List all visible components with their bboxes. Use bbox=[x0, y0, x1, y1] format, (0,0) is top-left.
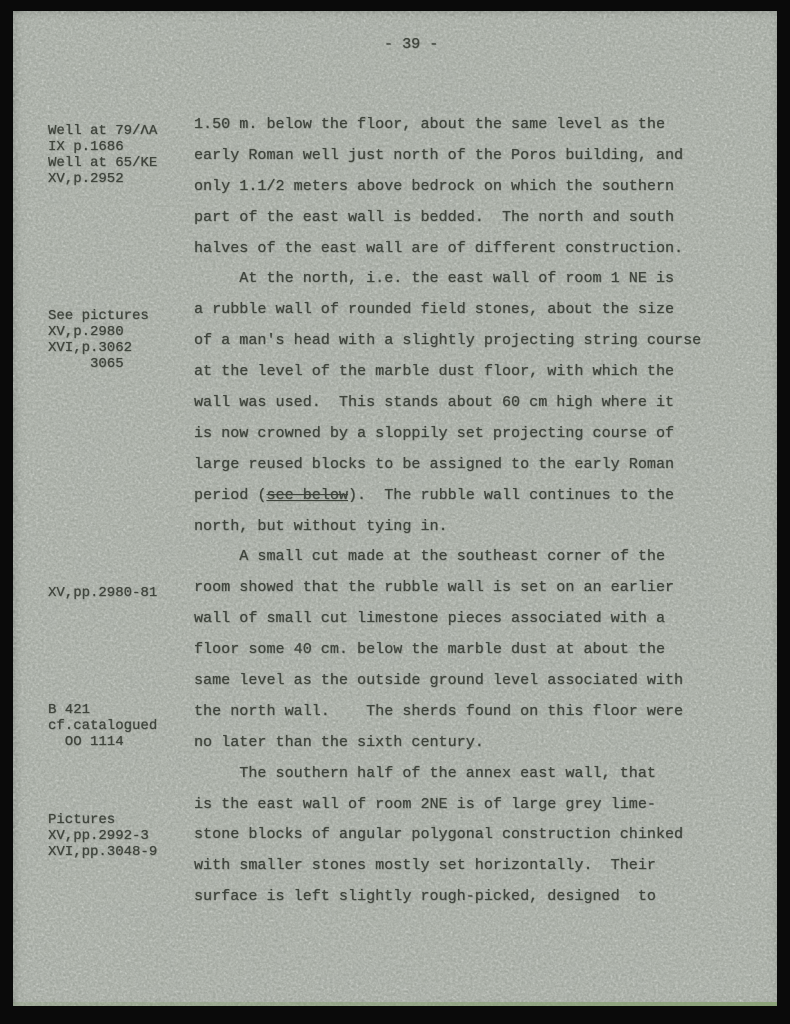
typed-line: wall was used. This stands about 60 cm h… bbox=[194, 387, 701, 418]
typed-line: same level as the outside ground level a… bbox=[194, 665, 701, 696]
typed-line: at the level of the marble dust floor, w… bbox=[194, 356, 701, 387]
typed-line: room showed that the rubble wall is set … bbox=[194, 572, 701, 603]
typed-line: halves of the east wall are of different… bbox=[194, 233, 701, 264]
margin-note-line: XV,p.2980 bbox=[48, 324, 149, 340]
typed-line: The southern half of the annex east wall… bbox=[194, 758, 701, 789]
typed-line: with smaller stones mostly set horizonta… bbox=[194, 850, 701, 881]
margin-note-line: Well at 79/ΛA bbox=[48, 123, 157, 139]
typed-line: wall of small cut limestone pieces assoc… bbox=[194, 603, 701, 634]
margin-note-catalogue-reference: B 421cf.catalogued OO 1114 bbox=[48, 702, 157, 750]
typed-body: 1.50 m. below the floor, about the same … bbox=[194, 109, 701, 912]
typed-line: period (see below). The rubble wall cont… bbox=[194, 480, 701, 511]
margin-note-line: XVI,p.3062 bbox=[48, 340, 149, 356]
margin-note-picture-references-rubble-wall: See picturesXV,p.2980XVI,p.3062 3065 bbox=[48, 308, 149, 372]
margin-note-line: 3065 bbox=[48, 356, 149, 372]
margin-note-line: XV,pp.2980-81 bbox=[48, 585, 157, 601]
typed-line: is now crowned by a sloppily set project… bbox=[194, 418, 701, 449]
margin-note-line: XV,p.2952 bbox=[48, 171, 157, 187]
typed-line: north, but without tying in. bbox=[194, 511, 701, 542]
margin-note-line: XV,pp.2992-3 bbox=[48, 828, 157, 844]
typed-line: the north wall. The sherds found on this… bbox=[194, 696, 701, 727]
typed-line: only 1.1/2 meters above bedrock on which… bbox=[194, 171, 701, 202]
margin-note-picture-references-south-wall: PicturesXV,pp.2992-3XVI,pp.3048-9 bbox=[48, 812, 157, 860]
margin-note-line: See pictures bbox=[48, 308, 149, 324]
margin-note-line: OO 1114 bbox=[48, 734, 157, 750]
scan-background: - 39 - Well at 79/ΛAIX p.1686Well at 65/… bbox=[0, 0, 790, 1024]
typed-line: early Roman well just north of the Poros… bbox=[194, 140, 701, 171]
typed-line: surface is left slightly rough-picked, d… bbox=[194, 881, 701, 912]
margin-note-line: B 421 bbox=[48, 702, 157, 718]
margin-note-line: XVI,pp.3048-9 bbox=[48, 844, 157, 860]
typed-line: stone blocks of angular polygonal constr… bbox=[194, 819, 701, 850]
typed-line: part of the east wall is bedded. The nor… bbox=[194, 202, 701, 233]
typed-text: period ( bbox=[194, 486, 266, 504]
document-page: - 39 - Well at 79/ΛAIX p.1686Well at 65/… bbox=[13, 11, 777, 1006]
margin-note-line: Pictures bbox=[48, 812, 157, 828]
typed-line: floor some 40 cm. below the marble dust … bbox=[194, 634, 701, 665]
typed-line: A small cut made at the southeast corner… bbox=[194, 541, 701, 572]
typed-line: of a man's head with a slightly projecti… bbox=[194, 325, 701, 356]
strikethrough-text: see below bbox=[266, 486, 348, 504]
margin-note-line: cf.catalogued bbox=[48, 718, 157, 734]
margin-note-page-reference-cut: XV,pp.2980-81 bbox=[48, 585, 157, 601]
margin-note-well-references: Well at 79/ΛAIX p.1686Well at 65/KEXV,p.… bbox=[48, 123, 157, 187]
margin-note-line: IX p.1686 bbox=[48, 139, 157, 155]
typed-line: is the east wall of room 2NE is of large… bbox=[194, 789, 701, 820]
typed-line: no later than the sixth century. bbox=[194, 727, 701, 758]
typed-text: ). The rubble wall continues to the bbox=[348, 486, 674, 504]
typed-line: At the north, i.e. the east wall of room… bbox=[194, 263, 701, 294]
typed-line: a rubble wall of rounded field stones, a… bbox=[194, 294, 701, 325]
typed-line: large reused blocks to be assigned to th… bbox=[194, 449, 701, 480]
typed-line: 1.50 m. below the floor, about the same … bbox=[194, 109, 701, 140]
margin-note-line: Well at 65/KE bbox=[48, 155, 157, 171]
